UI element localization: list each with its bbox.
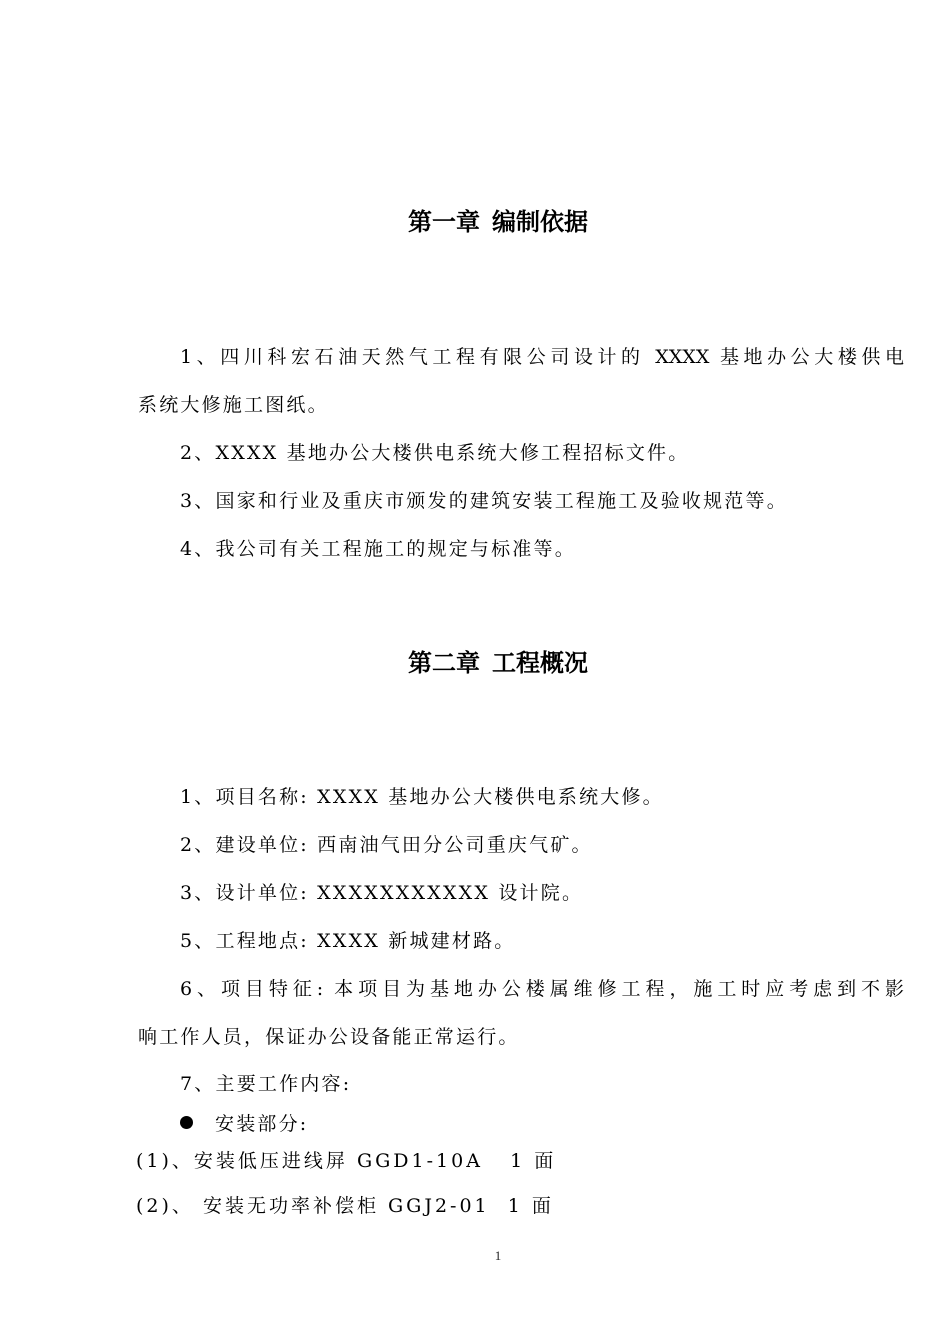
document-page: 第一章编制依据 1、四川科宏石油天然气工程有限公司设计的 XXXX 基地办公大楼… [0,0,950,1344]
chapter-1-title: 编制依据 [492,208,588,236]
overview-item-main-work: 7、主要工作内容: [138,1072,904,1096]
page-number: 1 [0,1248,950,1264]
install-item-2: (2)、 安装无功率补偿柜 GGJ2-01 1 面 [136,1194,860,1218]
basis-item-2: 2、XXXX 基地办公大楼供电系统大修工程招标文件。 [138,441,904,465]
basis-item-4: 4、我公司有关工程施工的规定与标准等。 [138,537,904,561]
overview-item-designer: 3、设计单位: XXXXXXXXXXX 设计院。 [138,881,904,905]
install-section-heading: 安装部分: [180,1112,904,1136]
install-item-1: (1)、安装低压进线屏 GGD1-10A 1 面 [136,1149,860,1173]
basis-item-1-line-2: 系统大修施工图纸。 [138,393,862,417]
chapter-1-heading: 第一章编制依据 [0,207,950,237]
bullet-icon [180,1116,193,1129]
chapter-2-number: 第二章 [408,649,480,677]
install-section-label: 安装部分: [215,1113,308,1135]
chapter-2-title: 工程概况 [492,649,588,677]
chapter-1-number: 第一章 [408,208,480,236]
overview-item-project-name: 1、项目名称: XXXX 基地办公大楼供电系统大修。 [138,785,904,809]
overview-item-location: 5、工程地点: XXXX 新城建材路。 [138,929,904,953]
basis-item-1-line-1: 1、四川科宏石油天然气工程有限公司设计的 XXXX 基地办公大楼供电 [138,345,904,369]
overview-item-owner: 2、建设单位: 西南油气田分公司重庆气矿。 [138,833,904,857]
overview-item-features-line-1: 6、项目特征: 本项目为基地办公楼属维修工程，施工时应考虑到不影 [138,977,904,1001]
basis-item-3: 3、国家和行业及重庆市颁发的建筑安装工程施工及验收规范等。 [138,489,904,513]
overview-item-features-line-2: 响工作人员，保证办公设备能正常运行。 [138,1025,862,1049]
chapter-2-heading: 第二章工程概况 [0,648,950,678]
